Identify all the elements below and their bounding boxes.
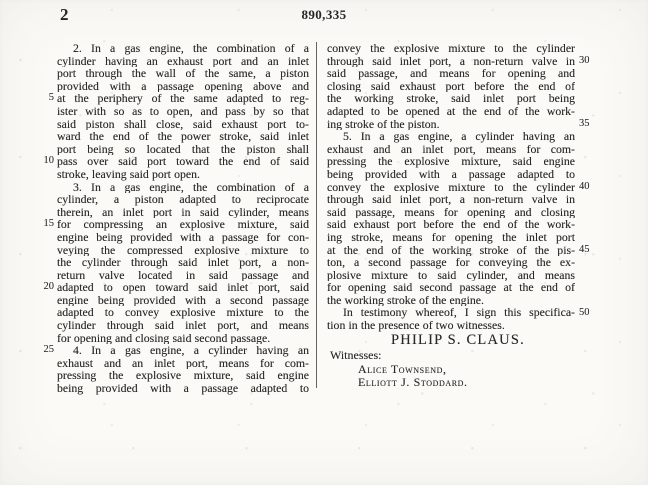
text-line: ister with so as to open, and pass by so…	[57, 105, 309, 118]
text-line: stroke, leaving said port open.	[57, 168, 309, 181]
column-divider-rule	[316, 42, 317, 388]
text-line: being provided with a passage adapted to	[57, 382, 309, 395]
line-number: 5	[30, 92, 54, 105]
text-line: adapted to be opened at the end of the w…	[327, 105, 575, 118]
text-line: tion in the presence of two witnesses.	[327, 319, 575, 332]
text-line: for compressing an explosive mixture, sa…	[57, 218, 309, 231]
text-line: ing stroke of the piston.	[327, 118, 575, 131]
line-number: 35	[579, 118, 603, 131]
text-line: 5. In a gas engine, a cylinder having an	[327, 130, 575, 143]
text-line: the cylinder through said inlet port, a …	[57, 256, 309, 269]
witness-name: Alice Townsend,	[330, 363, 468, 377]
text-line: port through the wall of the same, a pis…	[57, 67, 309, 80]
line-number: 20	[30, 281, 54, 294]
text-line: exhaust and an inlet port, means for com…	[57, 357, 309, 370]
text-line: at the periphery of the same adapted to …	[57, 92, 309, 105]
patent-number: 890,335	[0, 7, 648, 23]
text-line: adapted to open toward said inlet port, …	[57, 281, 309, 294]
line-number: 45	[579, 244, 603, 257]
text-line: being provided with a passage adapted to	[327, 168, 575, 181]
text-line: ward the end of the power stroke, said i…	[57, 130, 309, 143]
text-line: engine being provided with a passage for…	[57, 231, 309, 244]
inventor-signature: PHILIP S. CLAUS.	[327, 332, 575, 349]
text-line: ton, a second passage for conveying the …	[327, 256, 575, 269]
text-line: convey the explosive mixture to the cyli…	[327, 181, 575, 194]
text-line: ing stroke, means for opening the inlet …	[327, 231, 575, 244]
text-line: port being so located that the piston sh…	[57, 143, 309, 156]
patent-page: 2 890,335 5 10 15 20 25 30 35 40 45 50 2…	[0, 0, 648, 485]
witnesses-block: Witnesses: Alice Townsend, Elliott J. St…	[330, 349, 468, 390]
text-line: pressing the explosive mixture, said eng…	[327, 155, 575, 168]
left-text-column: 2. In a gas engine, the combination of a…	[57, 42, 309, 395]
text-line: In testimony whereof, I sign this specif…	[327, 306, 575, 319]
text-line: closing said exhaust port before the end…	[327, 80, 575, 93]
text-line: through said inlet port, a non-return va…	[327, 193, 575, 206]
text-line: through said inlet port, a non-return va…	[327, 55, 575, 68]
text-line: plosive mixture to said cylinder, and me…	[327, 269, 575, 282]
text-line: veying the compressed explosive mixture …	[57, 244, 309, 257]
text-line: therein, an inlet port in said cylinder,…	[57, 206, 309, 219]
line-number: 40	[579, 181, 603, 194]
text-line: 3. In a gas engine, the combination of a	[57, 181, 309, 194]
text-line: 2. In a gas engine, the combination of a	[57, 42, 309, 55]
line-number: 25	[30, 344, 54, 357]
text-line: said exhaust port before the end of the …	[327, 218, 575, 231]
text-line: 4. In a gas engine, a cylinder having an	[57, 344, 309, 357]
text-line: provided with a passage opening above an…	[57, 80, 309, 93]
text-line: said piston shall close, said exhaust po…	[57, 118, 309, 131]
witnesses-label: Witnesses:	[330, 349, 468, 363]
line-number: 10	[30, 155, 54, 168]
text-line: for opening said second passage at the e…	[327, 281, 575, 294]
line-number: 15	[30, 218, 54, 231]
text-line: said passage, means for opening and clos…	[327, 206, 575, 219]
text-line: pass over said port toward the end of sa…	[57, 155, 309, 168]
text-line: at the end of the working stroke of the …	[327, 244, 575, 257]
line-number: 30	[579, 55, 603, 68]
text-line: cylinder through said inlet port, and me…	[57, 319, 309, 332]
text-line: exhaust and an inlet port, means for com…	[327, 143, 575, 156]
text-line: cylinder having an exhaust port and an i…	[57, 55, 309, 68]
text-line: adapted to convey explosive mixture to t…	[57, 306, 309, 319]
text-line: said passage, and means for opening and	[327, 67, 575, 80]
right-text-column: convey the explosive mixture to the cyli…	[327, 42, 575, 332]
text-line: convey the explosive mixture to the cyli…	[327, 42, 575, 55]
text-line: return valve located in said passage and	[57, 269, 309, 282]
line-number: 50	[579, 307, 603, 320]
text-line: engine being provided with a second pass…	[57, 294, 309, 307]
text-line: pressing the explosive mixture, said eng…	[57, 369, 309, 382]
witness-name: Elliott J. Stoddard.	[330, 376, 468, 390]
text-line: the working stroke, said inlet port bein…	[327, 92, 575, 105]
text-line: the working stroke of the engine.	[327, 294, 575, 307]
text-line: cylinder, a piston adapted to reciprocat…	[57, 193, 309, 206]
text-line: for opening and closing said second pass…	[57, 332, 309, 345]
